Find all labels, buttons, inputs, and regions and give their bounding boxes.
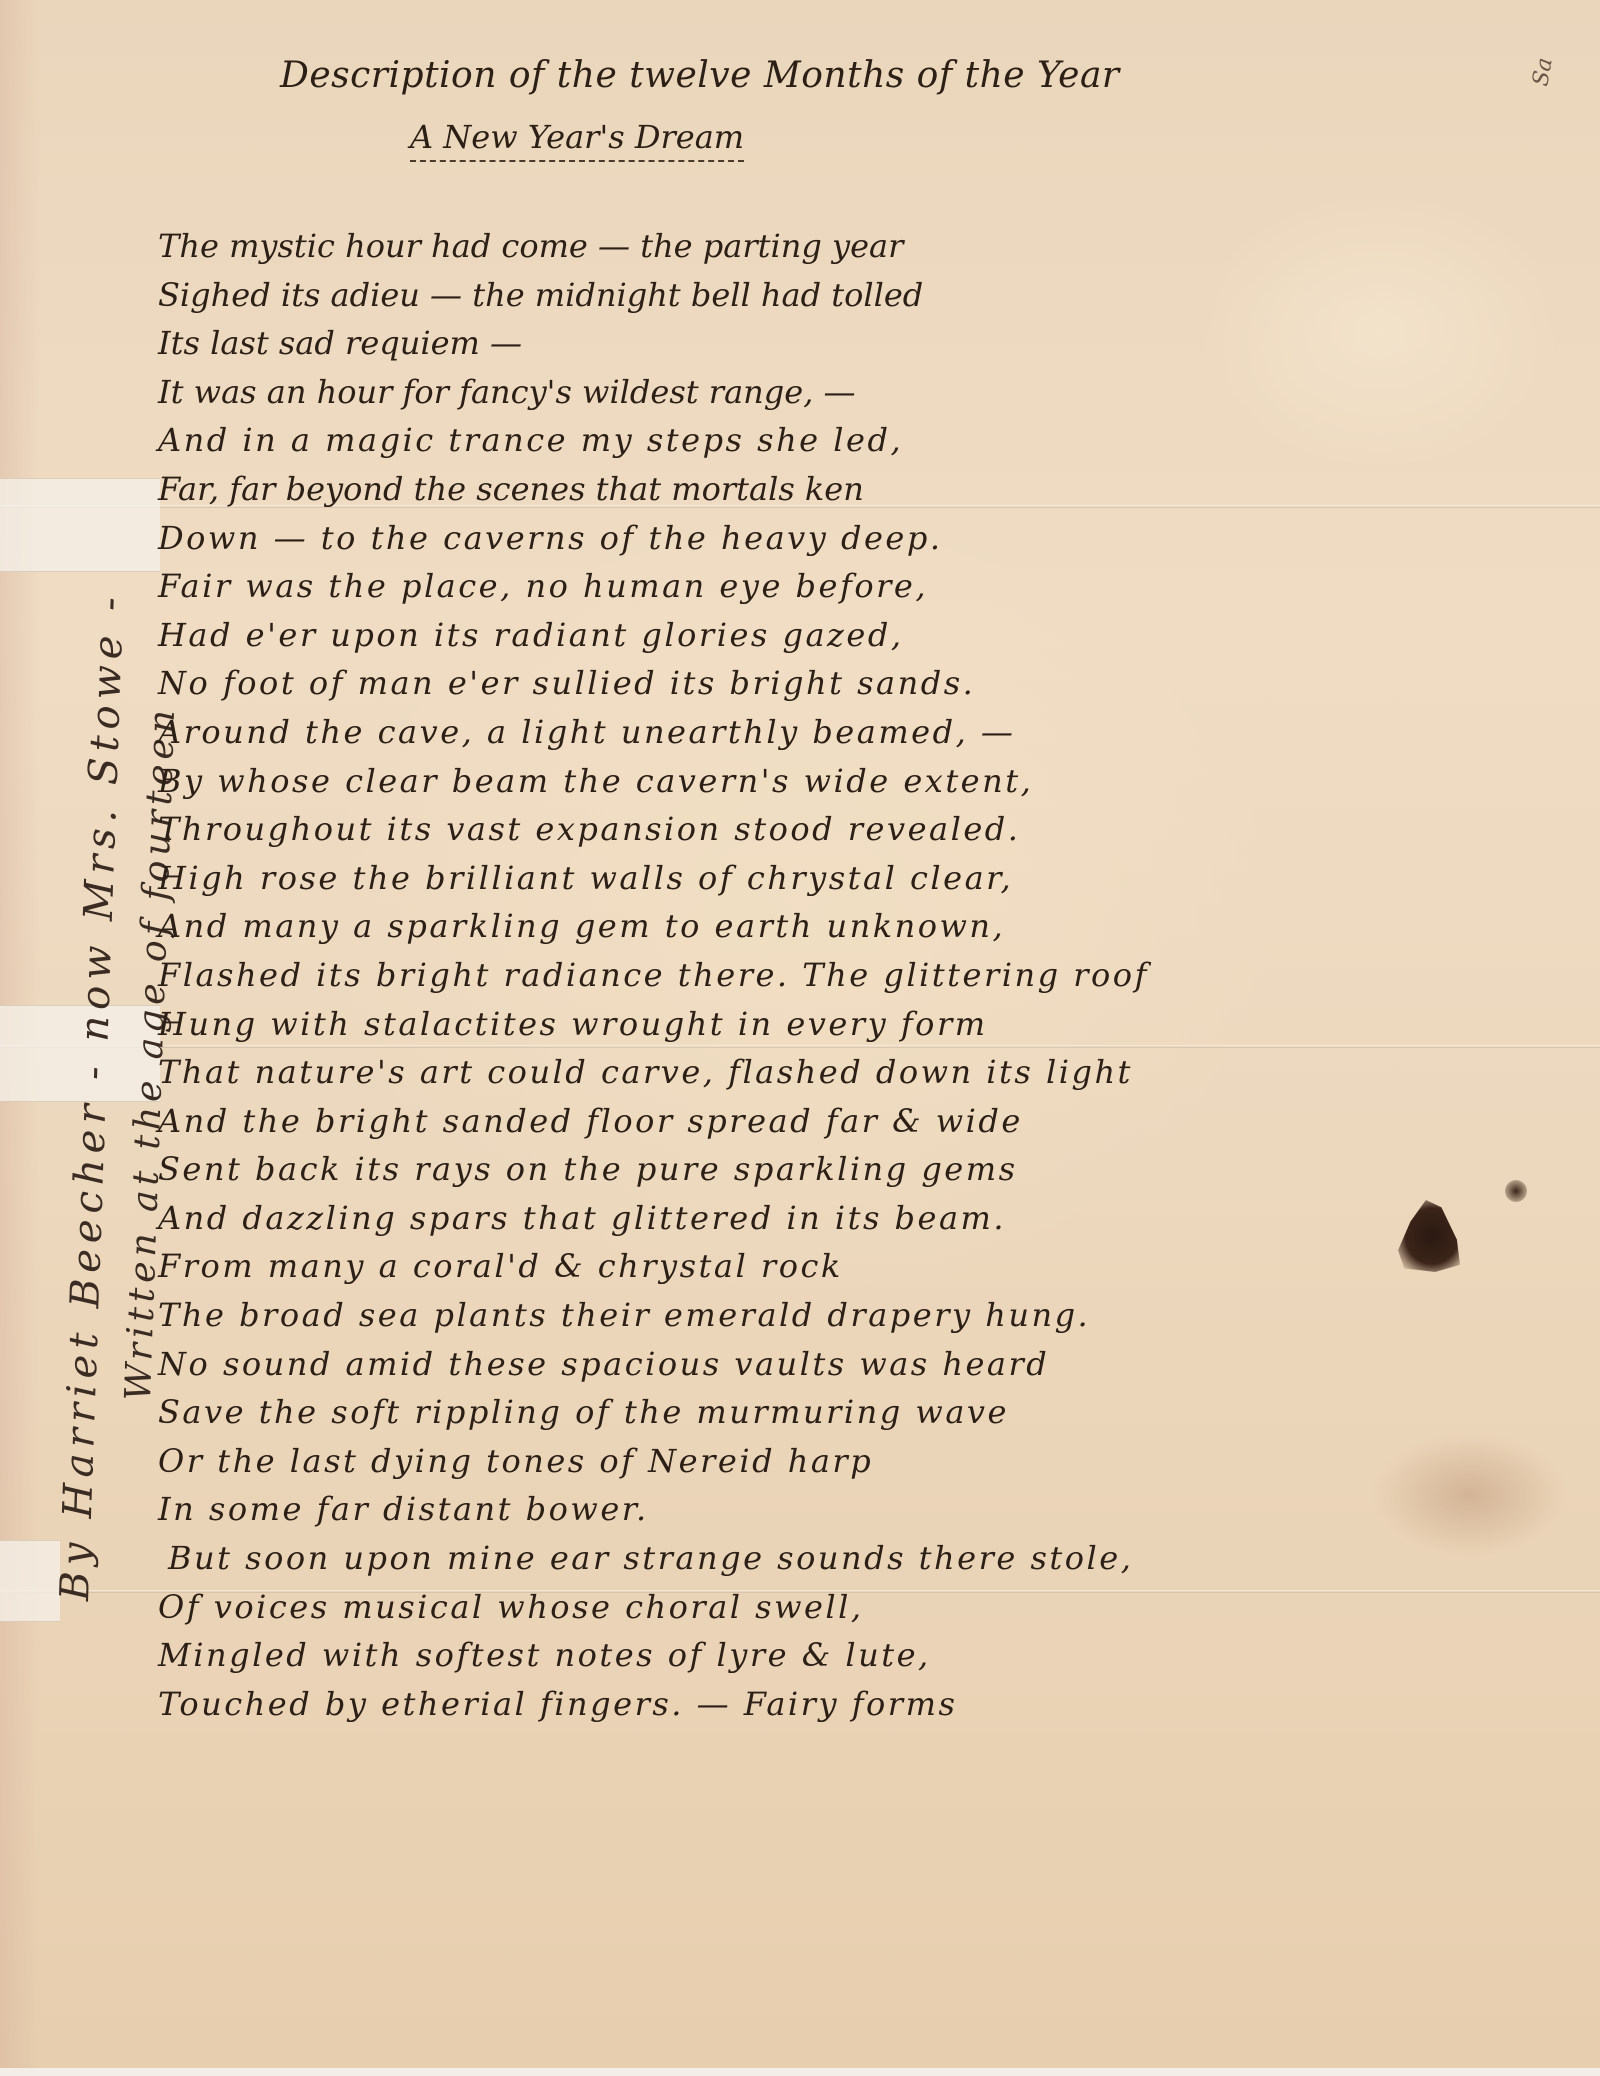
poem-line: That nature's art could carve, flashed d… <box>158 1048 1488 1097</box>
poem-line: Sent back its rays on the pure sparkling… <box>158 1145 1488 1194</box>
poem-line: And in a magic trance my steps she led, <box>158 416 1488 465</box>
poem-line: The mystic hour had come — the parting y… <box>158 222 1488 271</box>
poem-line: But soon upon mine ear strange sounds th… <box>158 1534 1488 1583</box>
poem-line: Touched by etherial fingers. — Fairy for… <box>158 1680 1488 1729</box>
poem-line: No foot of man e'er sullied its bright s… <box>158 659 1488 708</box>
poem-line: High rose the brilliant walls of chrysta… <box>158 854 1488 903</box>
poem-line: And many a sparkling gem to earth unknow… <box>158 902 1488 951</box>
poem-body: The mystic hour had come — the parting y… <box>158 222 1488 1728</box>
tape-strip <box>0 478 160 572</box>
poem-line: No sound amid these spacious vaults was … <box>158 1340 1488 1389</box>
page-bottom-edge <box>0 2068 1600 2076</box>
document-title: Description of the twelve Months of the … <box>280 55 1180 96</box>
poem-line: Save the soft rippling of the murmuring … <box>158 1388 1488 1437</box>
document-subtitle: A New Year's Dream <box>410 118 744 162</box>
poem-line: Around the cave, a light unearthly beame… <box>158 708 1488 757</box>
title-block: Description of the twelve Months of the … <box>280 55 1180 162</box>
poem-line: Sighed its adieu — the midnight bell had… <box>158 271 1488 320</box>
poem-line: And dazzling spars that glittered in its… <box>158 1194 1488 1243</box>
poem-line: Or the last dying tones of Nereid harp <box>158 1437 1488 1486</box>
ink-spot <box>1505 1180 1527 1202</box>
poem-line: Flashed its bright radiance there. The g… <box>158 951 1488 1000</box>
poem-line: In some far distant bower. <box>158 1485 1488 1534</box>
poem-line: Its last sad requiem — <box>158 319 1488 368</box>
poem-line: Throughout its vast expansion stood reve… <box>158 805 1488 854</box>
poem-line: It was an hour for fancy's wildest range… <box>158 368 1488 417</box>
poem-line: And the bright sanded floor spread far &… <box>158 1097 1488 1146</box>
poem-line: Fair was the place, no human eye before, <box>158 562 1488 611</box>
poem-line: Of voices musical whose choral swell, <box>158 1583 1488 1632</box>
poem-line: Down — to the caverns of the heavy deep. <box>158 514 1488 563</box>
poem-line: By whose clear beam the cavern's wide ex… <box>158 757 1488 806</box>
poem-line: Far, far beyond the scenes that mortals … <box>158 465 1488 514</box>
manuscript-page: Sa Description of the twelve Months of t… <box>0 0 1600 2076</box>
poem-line: Had e'er upon its radiant glories gazed, <box>158 611 1488 660</box>
tape-strip <box>0 1540 60 1622</box>
poem-line: Hung with stalactites wrought in every f… <box>158 1000 1488 1049</box>
poem-line: From many a coral'd & chrystal rock <box>158 1242 1488 1291</box>
poem-line: The broad sea plants their emerald drape… <box>158 1291 1488 1340</box>
poem-line: Mingled with softest notes of lyre & lut… <box>158 1631 1488 1680</box>
corner-annotation: Sa <box>1528 58 1600 96</box>
